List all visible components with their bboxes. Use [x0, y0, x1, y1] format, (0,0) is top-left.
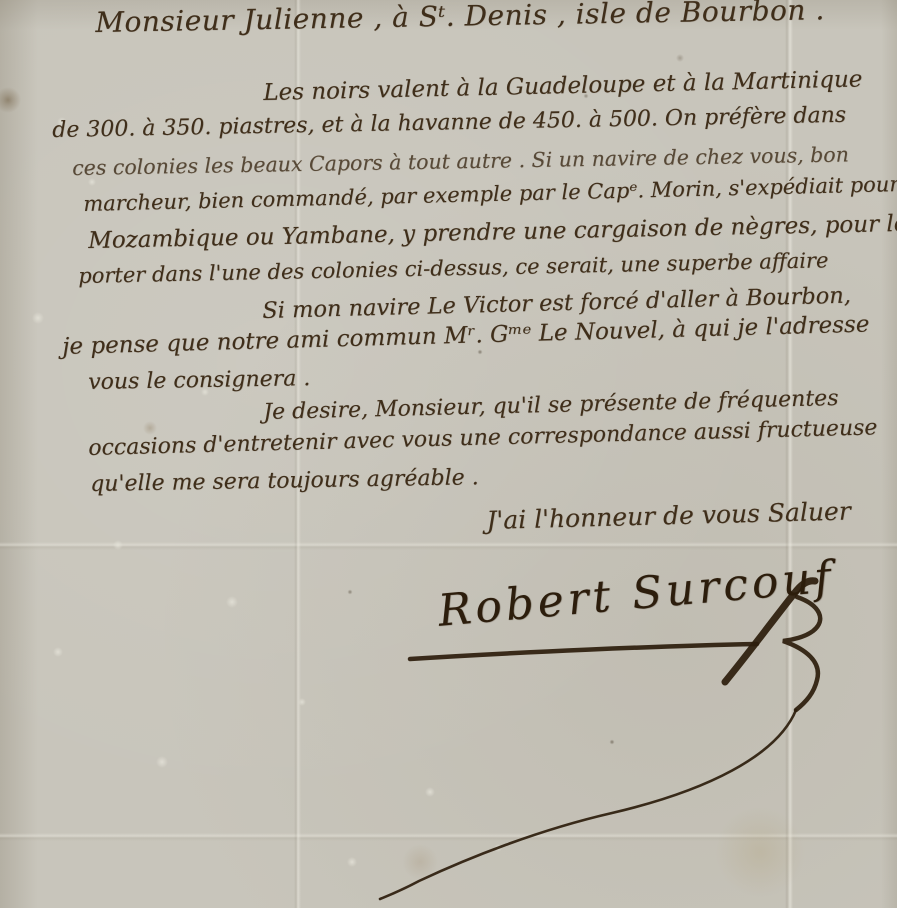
closing-line: J'ai l'honneur de vous Saluer	[486, 496, 851, 535]
body-line-4: marcheur, bien commandé, par exemple par…	[83, 172, 897, 216]
body-line-9: vous le consignera .	[88, 366, 311, 395]
body-line-12: qu'elle me sera toujours agréable .	[90, 465, 479, 497]
recipient-line: Monsieur Julienne , à Sᵗ. Denis , isle d…	[95, 0, 825, 39]
body-line-11: occasions d'entretenir avec vous une cor…	[88, 415, 878, 461]
body-line-2: de 300. à 350. piastres, et à la havanne…	[52, 103, 846, 143]
body-line-1: Les noirs valent à la Guadeloupe et à la…	[263, 66, 863, 106]
body-line-3: ces colonies les beaux Capors à tout aut…	[72, 142, 849, 180]
letter-paper: Monsieur Julienne , à Sᵗ. Denis , isle d…	[0, 0, 897, 908]
body-line-8: je pense que notre ami commun Mʳ. Gᵐᵉ Le…	[62, 311, 870, 360]
body-line-6: porter dans l'une des colonies ci-dessus…	[78, 248, 829, 288]
body-line-5: Mozambique ou Yambane, y prendre une car…	[88, 211, 897, 254]
signature-name: Robert Surcouf	[436, 551, 837, 636]
